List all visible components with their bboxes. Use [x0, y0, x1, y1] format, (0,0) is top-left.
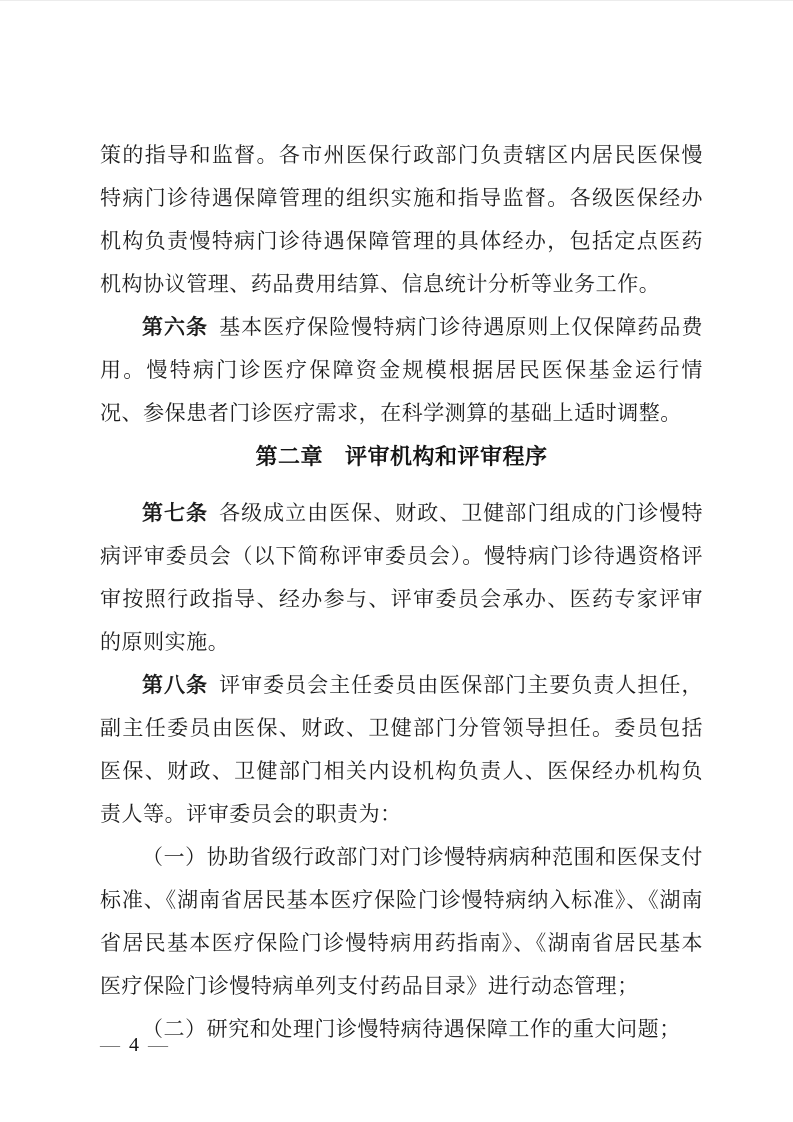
- paragraph-article-6: 第六条基本医疗保险慢特病门诊待遇原则上仅保障药品费用。慢特病门诊医疗保障资金规模…: [100, 306, 703, 435]
- paragraph-article-7: 第七条各级成立由医保、财政、卫健部门组成的门诊慢特病评审委员会（以下简称评审委员…: [100, 492, 703, 664]
- chapter-title: 评审机构和评审程序: [345, 444, 548, 469]
- paragraph-duty-2: （二）研究和处理门诊慢特病待遇保障工作的重大问题；: [100, 1008, 703, 1051]
- paragraph-duty-1: （一）协助省级行政部门对门诊慢特病病种范围和医保支付标准、《湖南省居民基本医疗保…: [100, 836, 703, 1008]
- paragraph-article-8: 第八条评审委员会主任委员由医保部门主要负责人担任，副主任委员由医保、财政、卫健部…: [100, 664, 703, 836]
- page-number-dash-right: —: [148, 1034, 168, 1056]
- article-6-label: 第六条: [142, 316, 208, 339]
- page-number-dash-left: —: [100, 1034, 120, 1056]
- page-footer: —4—: [100, 1034, 168, 1057]
- chapter-number: 第二章: [255, 444, 323, 469]
- document-content: 策的指导和监督。各市州医保行政部门负责辖区内居民医保慢特病门诊待遇保障管理的组织…: [0, 1, 793, 1051]
- article-8-label: 第八条: [142, 674, 208, 697]
- paragraph-continuation: 策的指导和监督。各市州医保行政部门负责辖区内居民医保慢特病门诊待遇保障管理的组织…: [100, 134, 703, 306]
- document-page: 策的指导和监督。各市州医保行政部门负责辖区内居民医保慢特病门诊待遇保障管理的组织…: [0, 0, 793, 1122]
- page-number: 4: [129, 1034, 139, 1056]
- article-7-label: 第七条: [142, 502, 208, 525]
- chapter-heading: 第二章评审机构和评审程序: [100, 435, 703, 478]
